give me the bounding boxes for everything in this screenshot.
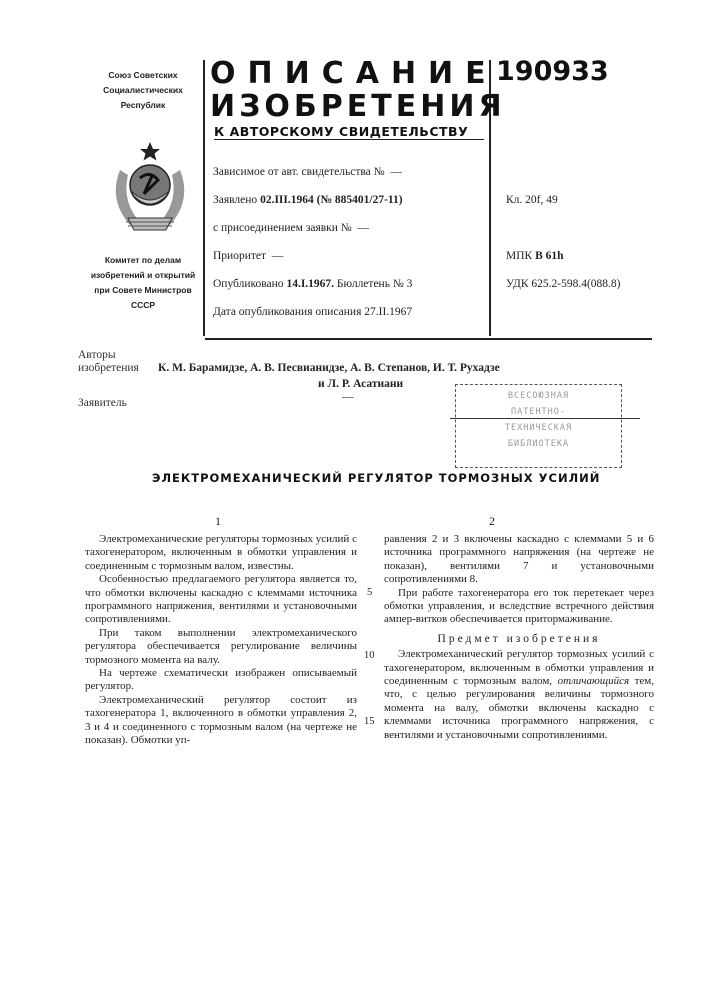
priority-label: Приоритет: [213, 250, 266, 262]
joined-label: с присоединением заявки №: [213, 222, 352, 234]
published-line: Опубликовано 14.I.1967. Бюллетень № 3: [213, 278, 412, 290]
published-label: Опубликовано: [213, 278, 284, 290]
stamp-strike-line: [450, 418, 640, 419]
org-line: Республик: [78, 98, 208, 113]
udk-value: 625.2-598.4(088.8): [531, 278, 620, 290]
patent-number: 190933: [496, 56, 609, 87]
org-line: Союз Советских: [78, 68, 208, 83]
line-number-10: 10: [364, 650, 375, 661]
paragraph: На чертеже схематически изображен описыв…: [85, 667, 357, 694]
library-stamp: ВСЕСОЮЗНАЯ ПАТЕНТНО- ТЕХНИЧЕСКАЯ БИБЛИОТ…: [455, 384, 622, 468]
joined-line: с присоединением заявки № —: [213, 222, 369, 234]
filed-label: Заявлено: [213, 194, 257, 206]
joined-value: —: [358, 222, 370, 234]
paragraph: При таком выполнении электромеханическог…: [85, 627, 357, 667]
title-line-2: ИЗОБРЕТЕНИЯ: [210, 89, 506, 124]
ussr-emblem-icon: [100, 130, 200, 240]
stamp-line: ПАТЕНТНО-: [456, 407, 621, 417]
authors-label-line: Авторы: [78, 349, 139, 362]
published-date: 14.I.1967.: [286, 278, 334, 290]
applicant-label: Заявитель: [78, 397, 127, 409]
dependent-value: —: [390, 166, 402, 178]
org-name-top: Союз Советских Социалистических Республи…: [78, 68, 208, 113]
org-line: при Совете Министров: [78, 283, 208, 298]
claim-heading: Предмет изобретения: [384, 633, 654, 646]
application-number: (№ 885401/27-11): [317, 194, 403, 206]
dependent-line: Зависимое от авт. свидетельства № —: [213, 166, 402, 178]
authors-names-2: и Л. Р. Асатиани: [318, 378, 403, 390]
authors-label-line: изобретения: [78, 362, 139, 375]
paragraph: При работе тахогенератора его ток перете…: [384, 587, 654, 627]
line-number-5: 5: [367, 587, 372, 598]
org-line: Социалистических: [78, 83, 208, 98]
org-line: Комитет по делам: [78, 253, 208, 268]
line-number-15: 15: [364, 716, 375, 727]
paragraph: равления 2 и 3 включены каскадно с клемм…: [384, 533, 654, 587]
claim-paragraph: Электромеханический регулятор тормозных …: [384, 648, 654, 742]
authors-label: Авторы изобретения: [78, 349, 139, 375]
desc-date-label: Дата опубликования описания: [213, 306, 361, 318]
header-rule: [205, 338, 652, 340]
subtitle: К АВТОРСКОМУ СВИДЕТЕЛЬСТВУ: [214, 124, 484, 140]
mpk-label: МПК: [506, 250, 532, 262]
org-line: СССР: [78, 298, 208, 313]
stamp-line: ВСЕСОЮЗНАЯ: [456, 391, 621, 401]
udk-label: УДК: [506, 278, 529, 290]
stamp-line: БИБЛИОТЕКА: [456, 439, 621, 449]
column-1-text: Электромеханические регуляторы тормозных…: [85, 533, 357, 748]
authors-names-1: К. М. Барамидзе, А. В. Песвианидзе, А. В…: [158, 362, 500, 374]
desc-date-line: Дата опубликования описания 27.II.1967: [213, 306, 412, 318]
paragraph: Электромеханические регуляторы тормозных…: [85, 533, 357, 573]
title-line-1: ОПИСАНИЕ: [210, 56, 498, 91]
class-code: Кл. 20f, 49: [506, 194, 558, 206]
applicant-value: —: [342, 391, 354, 403]
dependent-label: Зависимое от авт. свидетельства №: [213, 166, 385, 178]
paragraph: Электромеханический регулятор состоит из…: [85, 694, 357, 748]
vertical-rule-left: [203, 60, 205, 336]
org-line: изобретений и открытий: [78, 268, 208, 283]
column-2-number: 2: [489, 514, 495, 529]
column-1-number: 1: [215, 514, 221, 529]
filed-date: 02.III.1964: [260, 194, 314, 206]
document-title: ЭЛЕКТРОМЕХАНИЧЕСКИЙ РЕГУЛЯТОР ТОРМОЗНЫХ …: [152, 471, 600, 485]
udk-line: УДК 625.2-598.4(088.8): [506, 278, 621, 290]
desc-date-value: 27.II.1967: [364, 306, 412, 318]
paragraph: Особенностью предлагаемого регулятора яв…: [85, 573, 357, 627]
mpk-line: МПК В 61h: [506, 250, 564, 262]
mpk-value: В 61h: [535, 250, 563, 262]
filed-line: Заявлено 02.III.1964 (№ 885401/27-11): [213, 194, 403, 206]
column-2-text: равления 2 и 3 включены каскадно с клемм…: [384, 533, 654, 742]
bulletin: Бюллетень № 3: [337, 278, 413, 290]
stamp-line: ТЕХНИЧЕСКАЯ: [456, 423, 621, 433]
claim-italic: отличающийся: [558, 675, 630, 687]
priority-line: Приоритет —: [213, 250, 283, 262]
priority-value: —: [272, 250, 284, 262]
org-name-bottom: Комитет по делам изобретений и открытий …: [78, 253, 208, 313]
